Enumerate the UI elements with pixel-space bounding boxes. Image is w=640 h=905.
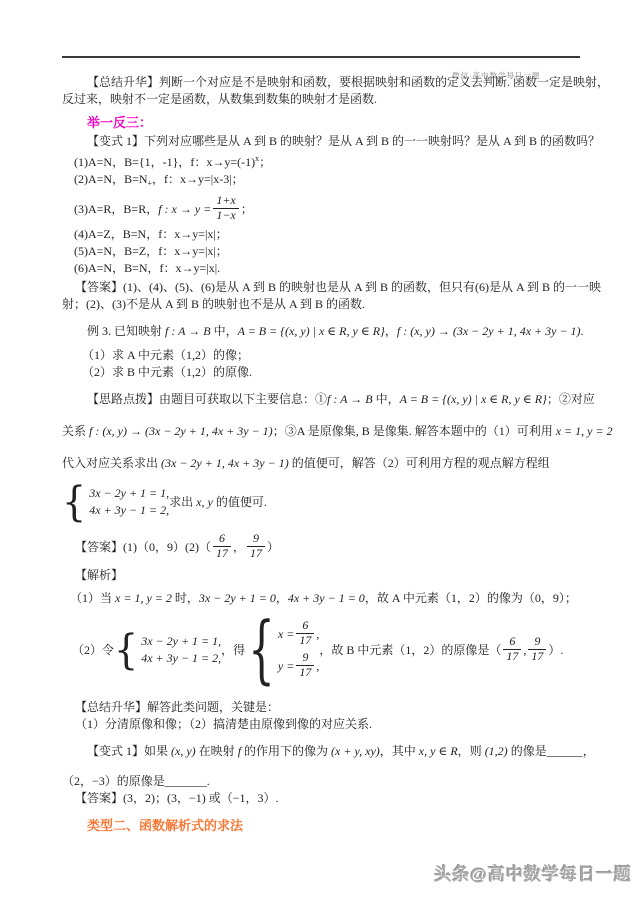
equation-system-block: { 3x − 2y + 1 = 1, 4x + 3y − 1 = 2, 求出 x… (62, 481, 586, 523)
watermark-bottom: 头条@高中数学每日一题 (434, 860, 632, 885)
left-brace: { (62, 481, 86, 522)
item3-text: (3)A=R，B=R， (74, 201, 158, 218)
solution2-system: 3x − 2y + 1 = 1, 4x + 3y − 1 = 2, (141, 633, 221, 667)
system-tail: 求出 x, y 的值便可. (169, 494, 267, 511)
item3-formula: f : x → y = (158, 201, 211, 218)
result-row-x: x = 617, (278, 618, 319, 650)
left-brace: { (248, 613, 275, 687)
variation1-question: 【变式 1】下列对应哪些是从 A 到 B 的映射？是从 A 到 B 的一一映射吗… (62, 133, 586, 150)
fraction-numerator: 6 (296, 619, 314, 633)
comma: , (316, 658, 319, 675)
fraction-denominator: 17 (503, 650, 521, 663)
heading-type2: 类型二、函数解析式的求法 (62, 817, 586, 834)
x-fraction: 617 (296, 619, 314, 646)
fraction-denominator: 17 (247, 547, 265, 560)
fraction-denominator: 17 (213, 547, 231, 560)
variation1-item-5: (5)A=N，B=Z，f：x→y=|x|； (62, 243, 586, 260)
fraction-denominator: 17 (296, 634, 314, 647)
item3-fraction: 1+x1−x (213, 194, 238, 221)
fraction-numerator: 9 (247, 532, 265, 546)
solution2-result-rows: x = 617, y = 917, (278, 618, 319, 682)
fraction-numerator: 6 (503, 635, 521, 649)
answer-fraction-1: 617 (213, 532, 231, 559)
solution2-lead: （2）令 (72, 642, 114, 659)
answer-comma: ， (233, 539, 245, 556)
summary2-line2: （1）分清原像和像；（2）搞清楚由原像到像的对应关系. (62, 716, 586, 733)
x-equals: x = (278, 626, 294, 643)
y-equals: y = (278, 658, 294, 675)
comma: , (316, 626, 319, 643)
fraction-numerator: 9 (296, 651, 314, 665)
variation1-item-4: (4)A=Z，B=N，f：x→y=|x|； (62, 226, 586, 243)
solution-1: （1）当 x = 1, y = 2 时，3x − 2y + 1 = 0，4x +… (62, 590, 586, 607)
fraction-numerator: 6 (213, 532, 231, 546)
system-row-1: 3x − 2y + 1 = 1, (141, 633, 221, 650)
item1-tail: ； (259, 155, 271, 169)
example3-hint-line2: 关系 f : (x, y) → (3x − 2y + 1, 4x + 3y − … (62, 415, 586, 447)
variation1-item-2: (2)A=N，B=N+，f：x→y=|x-3|； (62, 171, 586, 192)
preimage-fraction-1: 617 (503, 635, 521, 662)
example3-answer: 【答案】(1)（0，9）(2)（ 617 ， 917 ） (62, 527, 586, 567)
variation1-item-1: (1)A=N，B={1，-1}，f：x→y=(-1)x； (62, 150, 586, 171)
example3-title: 例 3. 已知映射 f : A → B 中，A = B = {(x, y) | … (62, 321, 586, 341)
system-row-2: 4x + 3y − 1 = 2, (141, 650, 221, 667)
solution2-tail: ，故 B 中元素（1，2）的原像是（ (319, 642, 501, 659)
variation1-item-6: (6)A=N，B=N，f：x→y=|x|. (62, 260, 586, 277)
variation1b-line2: （2，−3）的原像是_______. (62, 773, 586, 790)
example3-hint-line3: 代入对应关系求出 (3x − 2y + 1, 4x + 3y − 1) 的值便可… (62, 447, 586, 479)
solution2-mid: ，得 (221, 642, 245, 659)
example3-hint-line1: 【思路点拨】由题目可获取以下主要信息：①f : A → B 中，A = B = … (62, 383, 586, 415)
system-rows: 3x − 2y + 1 = 1, 4x + 3y − 1 = 2, (89, 485, 169, 519)
preimage-fraction-2: 917 (528, 635, 546, 662)
item3-tail: ； (241, 201, 253, 218)
summary-paragraph-line2: 反过来，映射不一定是函数，从数集到数集的映射才是函数. (62, 91, 586, 108)
system-row-1: 3x − 2y + 1 = 1, (89, 485, 169, 502)
fraction-denominator: 17 (528, 650, 546, 663)
item2-text: (2)A=N，B=N (74, 172, 148, 186)
example3-question1: （1）求 A 中元素（1,2）的像； (62, 347, 586, 364)
item1-text: (1)A=N，B={1，-1}，f：x→y=(-1) (74, 155, 255, 169)
answer-fraction-2: 917 (247, 532, 265, 559)
answer-text: 【答案】(1)（0，9）(2)（ (75, 539, 211, 556)
example3-question2: （2）求 B 中元素（1,2）的原像. (62, 364, 586, 381)
fraction-numerator: 9 (528, 635, 546, 649)
variation1-item-3: (3)A=R，B=R， f : x → y = 1+x1−x ； (62, 192, 586, 226)
item2-tail: ，f：x→y=|x-3|； (152, 172, 244, 186)
analysis-label: 【解析】 (62, 567, 586, 584)
y-fraction: 917 (296, 651, 314, 678)
variation1-answer-line1: 【答案】(1)、(4)、(5)、(6)是从 A 到 B 的映射也是从 A 到 B… (62, 279, 586, 296)
left-brace: { (114, 629, 138, 670)
solution-2: （2）令 { 3x − 2y + 1 = 1, 4x + 3y − 1 = 2,… (62, 611, 586, 689)
watermark-overlay: 微信·高中数学每日一题 (452, 70, 602, 81)
variation1b-answer: 【答案】(3，2)；(3，−1) 或（−1，3）. (62, 790, 586, 807)
heading-practice: 举一反三： (62, 114, 586, 131)
variation1-answer-line2: 射；(2)、(3)不是从 A 到 B 的映射也不是从 A 到 B 的函数. (62, 296, 586, 313)
fraction-numerator: 1+x (213, 194, 238, 208)
answer-tail: ） (267, 539, 279, 556)
summary2-line1: 【总结升华】解答此类问题，关键是： (62, 699, 586, 716)
document-content: 【总结升华】判断一个对应是不是映射和函数，要根据映射和函数的定义去判断. 函数一… (62, 66, 586, 834)
solution2-period: ）. (548, 642, 563, 659)
variation1b-line1: 【变式 1】如果 (x, y) 在映射 f 的作用下的像为 (x + y, xy… (62, 743, 586, 760)
fraction-denominator: 17 (296, 666, 314, 679)
system-row-2: 4x + 3y − 1 = 2, (89, 502, 169, 519)
document-page: 微信·高中数学每日一题 【总结升华】判断一个对应是不是映射和函数，要根据映射和函… (0, 0, 640, 905)
result-row-y: y = 917, (278, 650, 319, 682)
fraction-denominator: 1−x (213, 209, 238, 222)
top-divider (62, 56, 580, 58)
comma: , (523, 642, 526, 659)
